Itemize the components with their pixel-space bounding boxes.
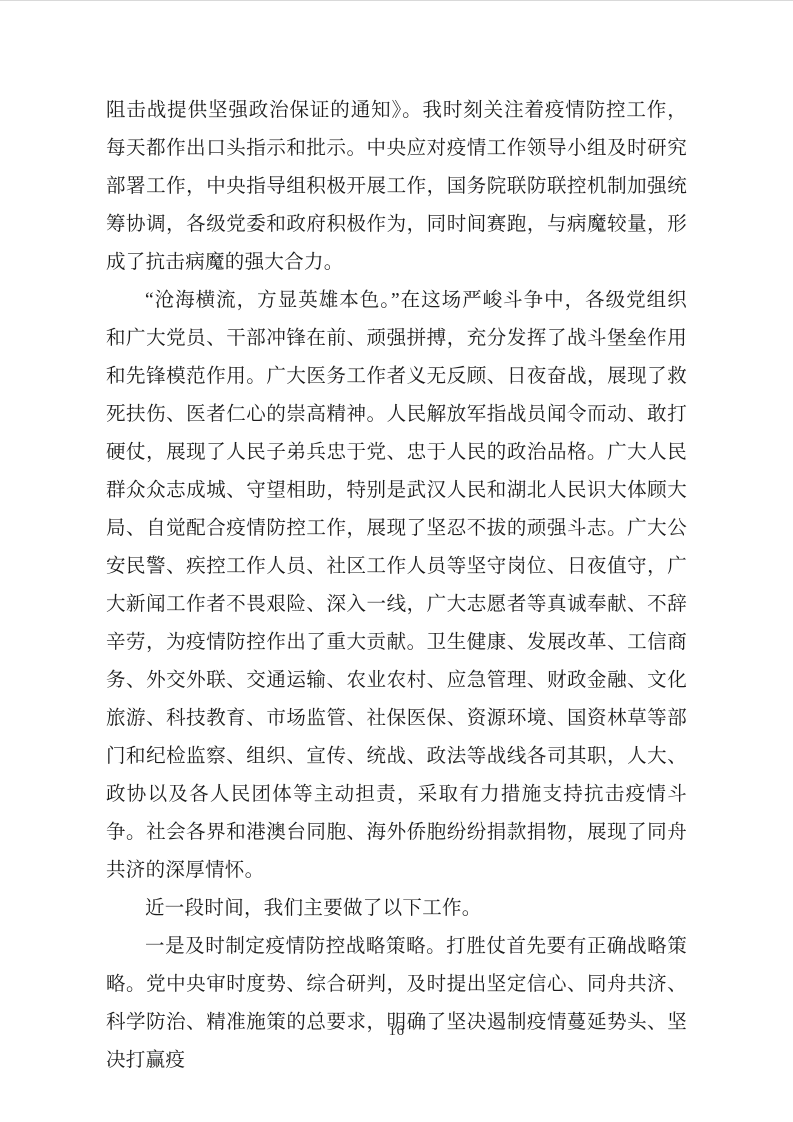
paragraph-continuation: 阻击战提供坚强政治保证的通知》。我时刻关注着疫情防控工作，每天都作出口头指示和批… [106, 92, 687, 282]
document-page: 阻击战提供坚强政治保证的通知》。我时刻关注着疫情防控工作，每天都作出口头指示和批… [0, 0, 793, 1122]
page-number: 16 [0, 1023, 793, 1040]
paragraph-strategy: 一是及时制定疫情防控战略策略。打胜仗首先要有正确战略策略。党中央审时度势、综合研… [106, 928, 687, 1080]
document-viewport: { "page": { "number_label": "16", "backg… [0, 0, 793, 1122]
document-body: 阻击战提供坚强政治保证的通知》。我时刻关注着疫情防控工作，每天都作出口头指示和批… [106, 92, 687, 1080]
paragraph-recent-work-intro: 近一段时间，我们主要做了以下工作。 [106, 890, 687, 928]
paragraph-heroes: “沧海横流，方显英雄本色。”在这场严峻斗争中，各级党组织和广大党员、干部冲锋在前… [106, 282, 687, 890]
